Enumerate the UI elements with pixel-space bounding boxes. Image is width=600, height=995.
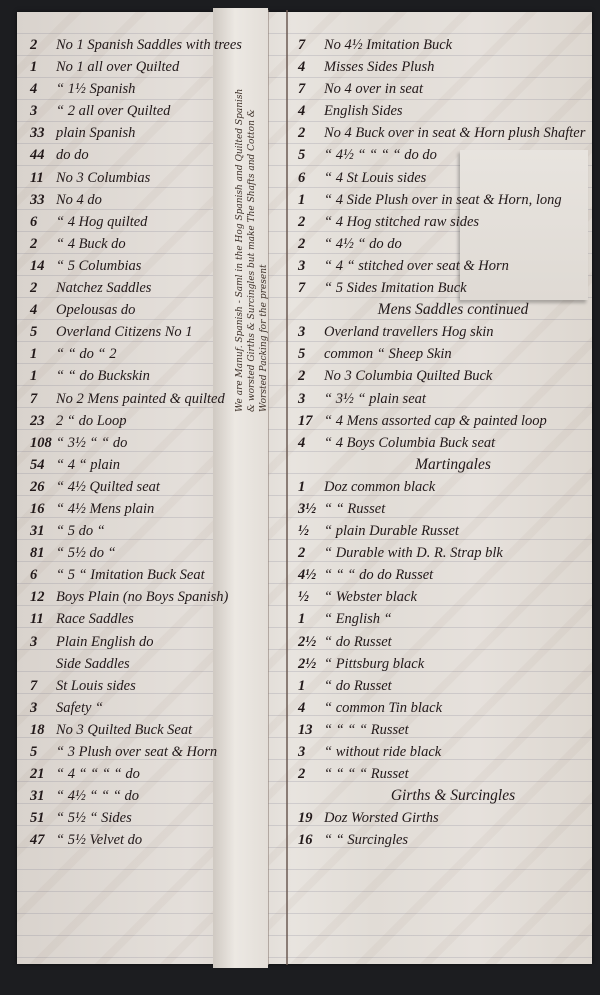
inventory-line: 3“ 2 all over Quilted: [30, 100, 275, 122]
item-description: Side Saddles: [56, 656, 130, 672]
item-description: “ 4½ “ “ “ do: [56, 788, 139, 804]
quantity: 2: [30, 233, 56, 255]
item-description: “ 2 all over Quilted: [56, 103, 170, 119]
item-description: “ 5½ Velvet do: [56, 832, 142, 848]
quantity: 21: [30, 763, 56, 785]
item-description: No 4 Buck over in seat & Horn plush Shaf…: [324, 125, 585, 141]
inventory-line: 31“ 4½ “ “ “ do: [30, 785, 275, 807]
inventory-line: 1“ do Russet: [298, 675, 588, 697]
quantity: 4: [298, 697, 324, 719]
quantity: 2: [298, 542, 324, 564]
quantity: 2: [30, 277, 56, 299]
item-description: “ 5 Sides Imitation Buck: [324, 280, 467, 296]
item-description: No 3 Quilted Buck Seat: [56, 722, 192, 738]
quantity: 6: [298, 167, 324, 189]
item-description: “ 4½ “ do do: [324, 236, 402, 252]
inventory-line: 4Opelousas do: [30, 299, 275, 321]
inventory-line: 6“ 4 St Louis sides: [298, 167, 588, 189]
item-description: No 4 over in seat: [324, 81, 423, 97]
inventory-line: 3“ 3½ “ plain seat: [298, 388, 588, 410]
item-description: “ 3½ “ plain seat: [324, 391, 426, 407]
quantity: 1: [298, 675, 324, 697]
item-description: No 1 all over Quilted: [56, 59, 179, 75]
section-heading: Mens Saddles continued: [298, 299, 588, 321]
item-description: “ plain Durable Russet: [324, 523, 459, 539]
item-description: No 2 Mens painted & quilted: [56, 391, 225, 407]
inventory-line: 2½“ do Russet: [298, 631, 588, 653]
quantity: 81: [30, 542, 56, 564]
item-description: No 3 Columbia Quilted Buck: [324, 368, 492, 384]
quantity: 33: [30, 122, 56, 144]
item-description: Doz Worsted Girths: [324, 810, 439, 826]
item-description: “ Durable with D. R. Strap blk: [324, 545, 503, 561]
item-description: St Louis sides: [56, 678, 136, 694]
inventory-line: 4½“ “ “ do do Russet: [298, 564, 588, 586]
inventory-line: 3“ without ride black: [298, 741, 588, 763]
inventory-line: 7St Louis sides: [30, 675, 275, 697]
section-heading: Martingales: [298, 454, 588, 476]
quantity: 4: [298, 432, 324, 454]
item-description: “ 4 Hog quilted: [56, 214, 147, 230]
item-description: “ Pittsburg black: [324, 656, 424, 672]
item-description: “ 4 “ stitched over seat & Horn: [324, 258, 509, 274]
inventory-line: 232 “ do Loop: [30, 410, 275, 432]
inventory-line: 51“ 5½ “ Sides: [30, 807, 275, 829]
item-description: “ 1½ Spanish: [56, 81, 135, 97]
item-description: “ do Russet: [324, 678, 392, 694]
inventory-line: 2No 4 Buck over in seat & Horn plush Sha…: [298, 122, 588, 144]
quantity: 1: [30, 365, 56, 387]
quantity: 7: [30, 675, 56, 697]
quantity: 2: [298, 233, 324, 255]
item-description: “ 5½ “ Sides: [56, 810, 132, 826]
quantity: 2: [298, 122, 324, 144]
inventory-line: 2“ Durable with D. R. Strap blk: [298, 542, 588, 564]
quantity: 108: [30, 432, 56, 454]
inventory-line: 18No 3 Quilted Buck Seat: [30, 719, 275, 741]
inventory-line: 3Plain English do: [30, 631, 275, 653]
item-description: “ 4 Buck do: [56, 236, 126, 252]
item-description: “ “ “ “ Russet: [324, 722, 409, 738]
quantity: 18: [30, 719, 56, 741]
item-description: “ Webster black: [324, 589, 417, 605]
inventory-line: 16“ “ Surcingles: [298, 829, 588, 851]
item-description: 2 “ do Loop: [56, 413, 127, 429]
quantity: 26: [30, 476, 56, 498]
quantity: 2: [30, 34, 56, 56]
item-description: Boys Plain (no Boys Spanish): [56, 589, 228, 605]
inventory-line: 44do do: [30, 144, 275, 166]
inventory-line: 3½“ “ Russet: [298, 498, 588, 520]
right-column: 7No 4½ Imitation Buck4Misses Sides Plush…: [298, 34, 588, 851]
quantity: 4½: [298, 564, 324, 586]
inventory-line: 2No 1 Spanish Saddles with trees: [30, 34, 275, 56]
item-description: Overland Citizens No 1: [56, 324, 193, 340]
item-description: No 4½ Imitation Buck: [324, 37, 452, 53]
item-description: “ 4 Hog stitched raw sides: [324, 214, 479, 230]
quantity: ½: [298, 586, 324, 608]
quantity: 4: [30, 299, 56, 321]
quantity: 3: [30, 100, 56, 122]
quantity: 5: [298, 343, 324, 365]
item-description: English Sides: [324, 103, 403, 119]
inventory-line: 81“ 5½ do “: [30, 542, 275, 564]
quantity: 3: [30, 697, 56, 719]
item-description: “ 5½ do “: [56, 545, 116, 561]
quantity: 3½: [298, 498, 324, 520]
inventory-line: 6“ 4 Hog quilted: [30, 211, 275, 233]
quantity: 11: [30, 608, 56, 630]
item-description: “ “ do “ 2: [56, 346, 116, 362]
quantity: 13: [298, 719, 324, 741]
quantity: 4: [30, 78, 56, 100]
item-description: Plain English do: [56, 634, 153, 650]
quantity: 1: [298, 608, 324, 630]
inventory-line: 7No 4½ Imitation Buck: [298, 34, 588, 56]
inventory-line: 1“ “ do Buckskin: [30, 365, 275, 387]
quantity: 11: [30, 167, 56, 189]
quantity: 2½: [298, 631, 324, 653]
inventory-line: 21“ 4 “ “ “ “ do: [30, 763, 275, 785]
item-description: “ 3½ “ “ do: [56, 435, 127, 451]
inventory-line: 1No 1 all over Quilted: [30, 56, 275, 78]
inventory-line: 2½“ Pittsburg black: [298, 653, 588, 675]
quantity: 6: [30, 564, 56, 586]
quantity: 17: [298, 410, 324, 432]
item-description: Opelousas do: [56, 302, 135, 318]
inventory-line: 7No 2 Mens painted & quilted: [30, 388, 275, 410]
column-divider-rule: [286, 10, 288, 965]
inventory-line: 33plain Spanish: [30, 122, 275, 144]
inventory-line: 3Safety “: [30, 697, 275, 719]
quantity: 3: [298, 255, 324, 277]
inventory-line: 7No 4 over in seat: [298, 78, 588, 100]
item-description: “ 4 Mens assorted cap & painted loop: [324, 413, 547, 429]
inventory-line: 26“ 4½ Quilted seat: [30, 476, 275, 498]
inventory-line: 1“ English “: [298, 608, 588, 630]
quantity: 3: [298, 321, 324, 343]
item-description: “ “ Russet: [324, 501, 385, 517]
item-description: plain Spanish: [56, 125, 135, 141]
inventory-line: 4Misses Sides Plush: [298, 56, 588, 78]
inventory-line: 2Natchez Saddles: [30, 277, 275, 299]
item-description: Overland travellers Hog skin: [324, 324, 494, 340]
left-column: 2No 1 Spanish Saddles with trees1No 1 al…: [30, 34, 275, 851]
quantity: 7: [298, 34, 324, 56]
inventory-line: 4“ common Tin black: [298, 697, 588, 719]
item-description: “ without ride black: [324, 744, 441, 760]
item-description: “ 4½ Quilted seat: [56, 479, 160, 495]
inventory-line: 14“ 5 Columbias: [30, 255, 275, 277]
inventory-line: 5“ 4½ “ “ “ “ do do: [298, 144, 588, 166]
quantity: 5: [30, 741, 56, 763]
quantity: 1: [298, 476, 324, 498]
inventory-line: 11No 3 Columbias: [30, 167, 275, 189]
item-description: “ 5 do “: [56, 523, 105, 539]
quantity: 33: [30, 189, 56, 211]
inventory-line: 19Doz Worsted Girths: [298, 807, 588, 829]
inventory-line: 4“ 4 Boys Columbia Buck seat: [298, 432, 588, 454]
quantity: 2: [298, 365, 324, 387]
inventory-line: 5common “ Sheep Skin: [298, 343, 588, 365]
inventory-line: 11Race Saddles: [30, 608, 275, 630]
quantity: 3: [30, 631, 56, 653]
quantity: 3: [298, 388, 324, 410]
item-description: “ 4 “ “ “ “ do: [56, 766, 140, 782]
quantity: 23: [30, 410, 56, 432]
item-description: “ 4 Boys Columbia Buck seat: [324, 435, 495, 451]
inventory-line: 54“ 4 “ plain: [30, 454, 275, 476]
quantity: 7: [298, 78, 324, 100]
quantity: 47: [30, 829, 56, 851]
quantity: 14: [30, 255, 56, 277]
item-description: “ “ “ do do Russet: [324, 567, 433, 583]
item-description: Misses Sides Plush: [324, 59, 434, 75]
item-description: Safety “: [56, 700, 103, 716]
item-description: “ 5 “ Imitation Buck Seat: [56, 567, 205, 583]
item-description: do do: [56, 147, 89, 163]
inventory-line: 2“ 4½ “ do do: [298, 233, 588, 255]
quantity: 6: [30, 211, 56, 233]
inventory-line: 5“ 3 Plush over seat & Horn: [30, 741, 275, 763]
inventory-line: 17“ 4 Mens assorted cap & painted loop: [298, 410, 588, 432]
item-description: “ 4½ Mens plain: [56, 501, 154, 517]
inventory-line: 108“ 3½ “ “ do: [30, 432, 275, 454]
inventory-line: 33No 4 do: [30, 189, 275, 211]
inventory-line: 2“ “ “ “ Russet: [298, 763, 588, 785]
inventory-line: 7“ 5 Sides Imitation Buck: [298, 277, 588, 299]
inventory-line: 2“ 4 Hog stitched raw sides: [298, 211, 588, 233]
item-description: Race Saddles: [56, 611, 134, 627]
quantity: 16: [298, 829, 324, 851]
quantity: 5: [30, 321, 56, 343]
item-description: No 1 Spanish Saddles with trees: [56, 37, 242, 53]
quantity: 1: [298, 189, 324, 211]
quantity: 31: [30, 520, 56, 542]
quantity: 2: [298, 763, 324, 785]
inventory-line: 12Boys Plain (no Boys Spanish): [30, 586, 275, 608]
item-description: Doz common black: [324, 479, 435, 495]
inventory-line: 31“ 5 do “: [30, 520, 275, 542]
quantity: 1: [30, 56, 56, 78]
item-description: “ do Russet: [324, 634, 392, 650]
quantity: 16: [30, 498, 56, 520]
inventory-line: 1“ 4 Side Plush over in seat & Horn, lon…: [298, 189, 588, 211]
item-description: Girths & Surcingles: [391, 787, 515, 804]
item-description: “ 4 St Louis sides: [324, 170, 426, 186]
inventory-line: 4English Sides: [298, 100, 588, 122]
quantity: 2: [298, 211, 324, 233]
item-description: “ “ “ “ Russet: [324, 766, 409, 782]
quantity: 44: [30, 144, 56, 166]
quantity: 3: [298, 741, 324, 763]
inventory-line: 4“ 1½ Spanish: [30, 78, 275, 100]
quantity: 1: [30, 343, 56, 365]
inventory-line: 2“ 4 Buck do: [30, 233, 275, 255]
inventory-line: 13“ “ “ “ Russet: [298, 719, 588, 741]
item-description: “ 4½ “ “ “ “ do do: [324, 147, 437, 163]
item-description: Martingales: [415, 456, 491, 473]
inventory-line: Side Saddles: [30, 653, 275, 675]
quantity: 7: [298, 277, 324, 299]
quantity: 4: [298, 56, 324, 78]
quantity: 4: [298, 100, 324, 122]
item-description: “ 4 “ plain: [56, 457, 120, 473]
inventory-line: ½“ plain Durable Russet: [298, 520, 588, 542]
item-description: Mens Saddles continued: [378, 301, 529, 318]
item-description: common “ Sheep Skin: [324, 346, 452, 362]
item-description: No 3 Columbias: [56, 170, 150, 186]
quantity: 12: [30, 586, 56, 608]
inventory-line: 3Overland travellers Hog skin: [298, 321, 588, 343]
inventory-line: 16“ 4½ Mens plain: [30, 498, 275, 520]
inventory-line: ½“ Webster black: [298, 586, 588, 608]
quantity: 5: [298, 144, 324, 166]
item-description: No 4 do: [56, 192, 102, 208]
inventory-line: 6“ 5 “ Imitation Buck Seat: [30, 564, 275, 586]
inventory-line: 3“ 4 “ stitched over seat & Horn: [298, 255, 588, 277]
quantity: 7: [30, 388, 56, 410]
inventory-line: 1“ “ do “ 2: [30, 343, 275, 365]
section-heading: Girths & Surcingles: [298, 785, 588, 807]
item-description: “ 5 Columbias: [56, 258, 141, 274]
item-description: Natchez Saddles: [56, 280, 151, 296]
item-description: “ “ do Buckskin: [56, 368, 150, 384]
inventory-line: 5Overland Citizens No 1: [30, 321, 275, 343]
inventory-line: 2No 3 Columbia Quilted Buck: [298, 365, 588, 387]
item-description: “ “ Surcingles: [324, 832, 408, 848]
quantity: ½: [298, 520, 324, 542]
quantity: 2½: [298, 653, 324, 675]
inventory-line: 47“ 5½ Velvet do: [30, 829, 275, 851]
item-description: “ 4 Side Plush over in seat & Horn, long: [324, 192, 562, 208]
quantity: 19: [298, 807, 324, 829]
quantity: 51: [30, 807, 56, 829]
quantity: 54: [30, 454, 56, 476]
item-description: “ English “: [324, 611, 392, 627]
inventory-line: 1Doz common black: [298, 476, 588, 498]
item-description: “ common Tin black: [324, 700, 442, 716]
item-description: “ 3 Plush over seat & Horn: [56, 744, 217, 760]
quantity: 31: [30, 785, 56, 807]
